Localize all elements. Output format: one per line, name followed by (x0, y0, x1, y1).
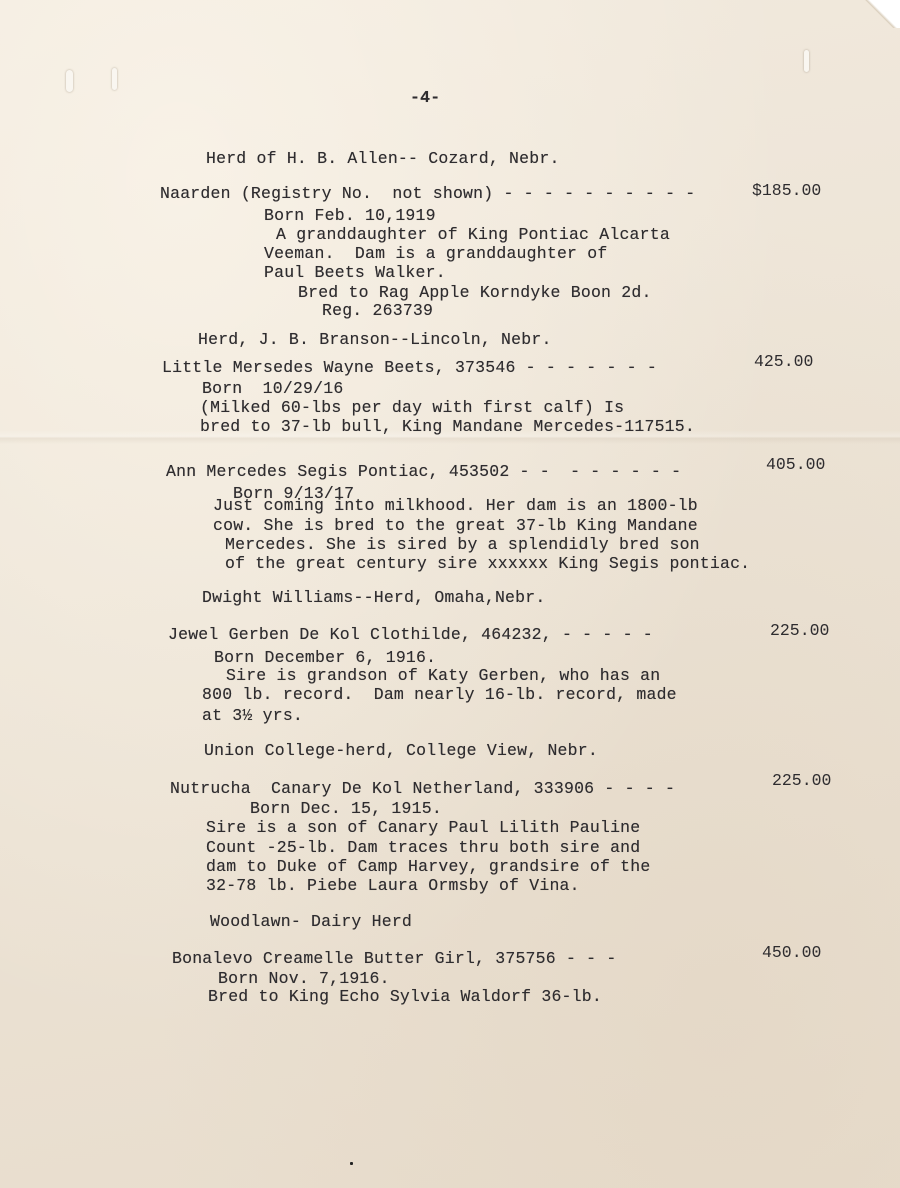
entry-line: Reg. 263739 (322, 301, 433, 321)
entry-price: 405.00 (766, 455, 825, 475)
entry-line: 32-78 lb. Piebe Laura Ormsby of Vina. (206, 876, 580, 896)
entry-price: 225.00 (770, 621, 829, 641)
entry-line: Paul Beets Walker. (264, 263, 446, 283)
entry-title: Jewel Gerben De Kol Clothilde, 464232, -… (168, 625, 653, 645)
document-page: -4- Herd of H. B. Allen-- Cozard, Nebr. … (0, 0, 900, 1188)
entry-line: cow. She is bred to the great 37-lb King… (213, 516, 698, 536)
entry-line: 800 lb. record. Dam nearly 16-lb. record… (202, 685, 677, 705)
page-number: -4- (410, 88, 440, 108)
herd-heading: Woodlawn- Dairy Herd (210, 912, 412, 932)
entry-line: Bred to Rag Apple Korndyke Boon 2d. (298, 283, 652, 303)
entry-line: at 3½ yrs. (202, 706, 303, 726)
entry-line: Born December 6, 1916. (214, 648, 436, 668)
entry-line: Mercedes. She is sired by a splendidly b… (225, 535, 700, 555)
entry-line: bred to 37-lb bull, King Mandane Mercede… (200, 417, 695, 437)
entry-price: 225.00 (772, 771, 831, 791)
entry-line: Just coming into milkhood. Her dam is an… (213, 496, 698, 516)
entry-title: Ann Mercedes Segis Pontiac, 453502 - - -… (166, 462, 681, 482)
staple-hole-left (66, 70, 73, 92)
ink-speck (350, 1162, 353, 1165)
entry-line: Sire is grandson of Katy Gerben, who has… (226, 666, 660, 686)
entry-line: Veeman. Dam is a granddaughter of (264, 244, 607, 264)
herd-heading: Herd of H. B. Allen-- Cozard, Nebr. (206, 149, 560, 169)
entry-line: of the great century sire xxxxxx King Se… (225, 554, 750, 574)
entry-line: Sire is a son of Canary Paul Lilith Paul… (206, 818, 640, 838)
entry-line: Born 10/29/16 (202, 379, 343, 399)
entry-title: Little Mersedes Wayne Beets, 373546 - - … (162, 358, 657, 378)
entry-line: Born Nov. 7,1916. (218, 969, 390, 989)
folded-corner (860, 0, 900, 28)
entry-title: Nutrucha Canary De Kol Netherland, 33390… (170, 779, 675, 799)
entry-line: dam to Duke of Camp Harvey, grandsire of… (206, 857, 650, 877)
entry-price: 425.00 (754, 352, 813, 372)
herd-heading: Union College-herd, College View, Nebr. (204, 741, 598, 761)
staple-hole-right (804, 50, 809, 72)
entry-line: Bred to King Echo Sylvia Waldorf 36-lb. (208, 987, 602, 1007)
entry-line: A granddaughter of King Pontiac Alcarta (276, 225, 670, 245)
entry-price: $185.00 (752, 181, 821, 201)
entry-title: Naarden (Registry No. not shown) - - - -… (160, 184, 695, 204)
entry-line: (Milked 60-lbs per day with first calf) … (200, 398, 624, 418)
entry-title: Bonalevo Creamelle Butter Girl, 375756 -… (172, 949, 616, 969)
herd-heading: Dwight Williams--Herd, Omaha,Nebr. (202, 588, 545, 608)
herd-heading: Herd, J. B. Branson--Lincoln, Nebr. (198, 330, 552, 350)
entry-line: Born Feb. 10,1919 (264, 206, 436, 226)
entry-price: 450.00 (762, 943, 821, 963)
staple-hole-center (112, 68, 117, 90)
entry-line: Born Dec. 15, 1915. (250, 799, 442, 819)
entry-line: Count -25-lb. Dam traces thru both sire … (206, 838, 640, 858)
